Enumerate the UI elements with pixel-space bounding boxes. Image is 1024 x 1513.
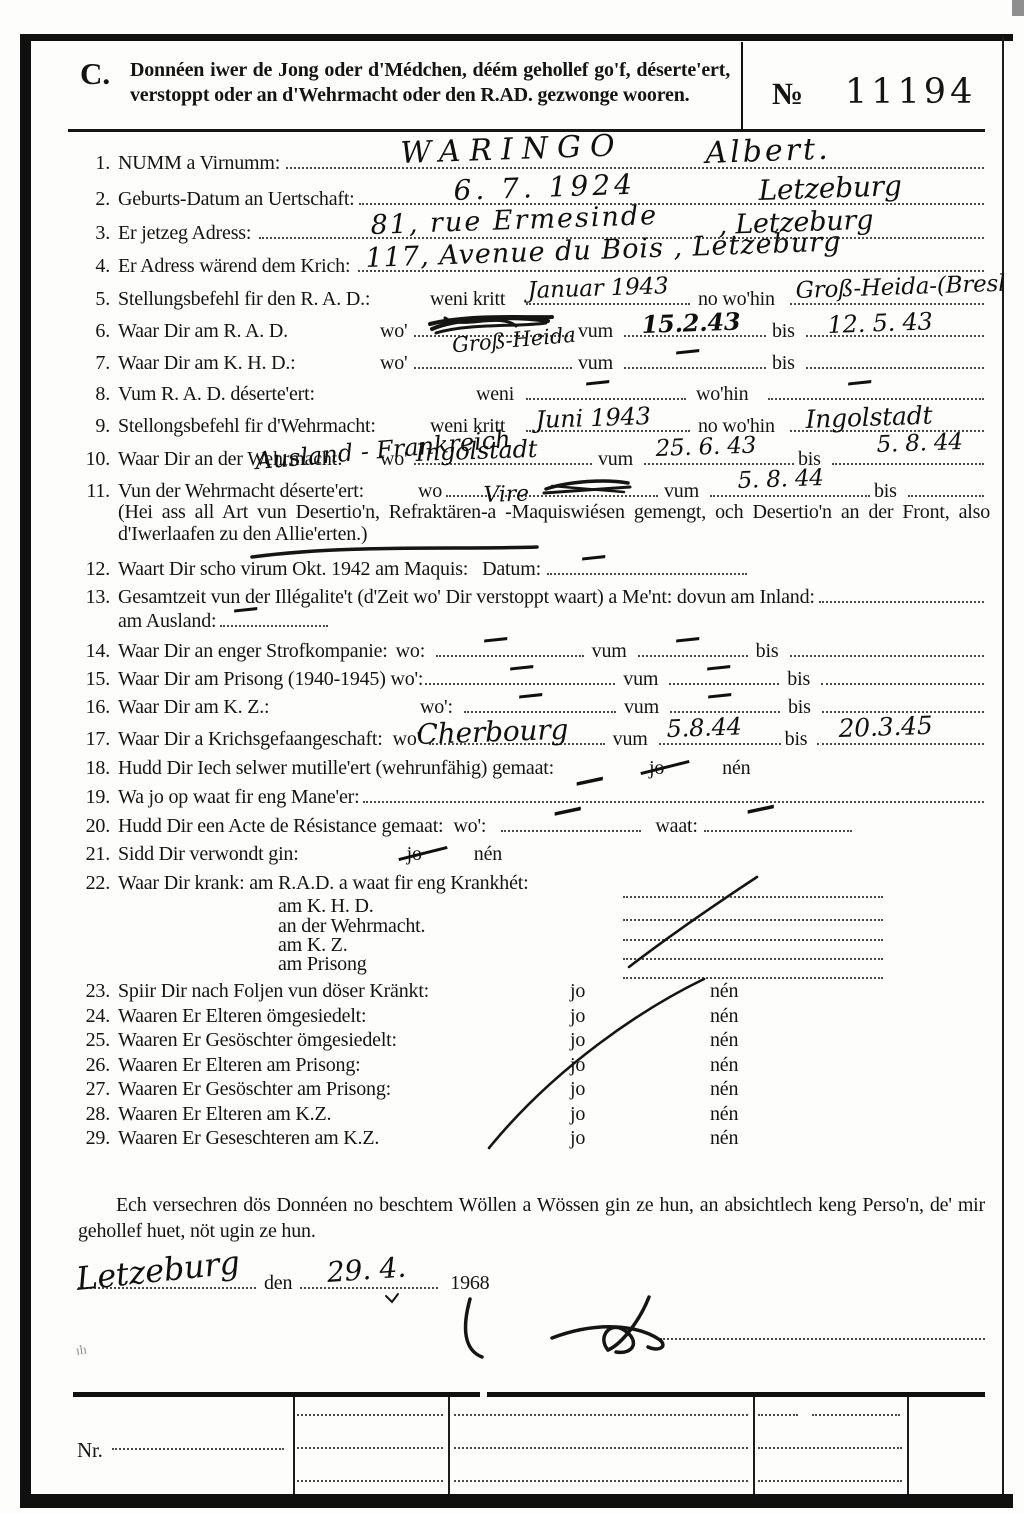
item-number: 29. bbox=[78, 1127, 110, 1150]
dotted-leader: 6. 7. 1924 Letzeburg bbox=[359, 197, 984, 205]
frame-left bbox=[20, 34, 31, 1508]
form-row-23: 23. Spiir Dir nach Foljen vun döser Krän… bbox=[78, 980, 984, 1006]
dotted-leader: 5. 8. 44 bbox=[832, 457, 984, 465]
handwritten-dash: — bbox=[673, 336, 701, 365]
table-divider bbox=[907, 1397, 909, 1494]
handwritten-pow-to: 20.3.45 bbox=[838, 713, 933, 741]
item-number: 10. bbox=[78, 448, 110, 471]
date-line: Letzeburg den 29. 4. 1968 bbox=[78, 1272, 984, 1306]
handwritten-dash: — bbox=[579, 542, 607, 571]
scan-corner-mark bbox=[1012, 0, 1024, 16]
dotted-leader bbox=[819, 595, 984, 603]
handwritten-dash: — bbox=[742, 790, 777, 826]
sub-label-vum: vum bbox=[598, 448, 644, 471]
dotted-leader bbox=[414, 361, 572, 369]
handwritten-pow-place: Cherbourg bbox=[416, 716, 569, 749]
declaration-paragraph: Ech versechren dös Donnéen no beschtem W… bbox=[78, 1192, 985, 1244]
form-row-27: 27. Waaren Er Gesöschter am Prisong: jo … bbox=[78, 1078, 984, 1104]
sub-label-wo: wo': bbox=[453, 815, 501, 838]
form-row-10: 10. Waar Dir an der Wehrmacht: wo' Ingol… bbox=[78, 448, 984, 474]
option-jo: jo bbox=[570, 1029, 600, 1052]
sub-label-bis: bis bbox=[772, 352, 806, 375]
dotted-leader bbox=[908, 489, 984, 497]
dotted-leader: — bbox=[768, 392, 984, 400]
handwritten-name: WARINGO bbox=[400, 131, 624, 169]
item-number: 19. bbox=[78, 786, 110, 809]
handwritten-dash: — bbox=[583, 367, 611, 396]
frame-bottom bbox=[20, 1494, 1013, 1508]
dotted-leader: — bbox=[501, 824, 641, 832]
handwritten-dash: — bbox=[705, 680, 733, 709]
dotted-leader: — bbox=[670, 705, 780, 713]
item-label: Waar Dir krank: am R.A.D. a waat fir eng… bbox=[118, 872, 528, 895]
item-number: 4. bbox=[78, 255, 110, 278]
option-jo: jo bbox=[570, 1054, 600, 1077]
option-nen: nén bbox=[710, 980, 738, 1003]
table-divider bbox=[448, 1397, 450, 1494]
sub-label-bis: bis bbox=[756, 640, 790, 663]
item-label: Er Adress wärend dem Krich: bbox=[118, 255, 350, 278]
dotted-leader: 117, Avenue du Bois , Letzeburg bbox=[358, 264, 984, 272]
dotted-leader: Cherbourg bbox=[429, 737, 605, 745]
dotted-leader bbox=[806, 361, 984, 369]
item-number: 17. bbox=[78, 728, 110, 751]
item-number: 2. bbox=[78, 188, 110, 211]
form-row-25: 25. Waaren Er Gesöschter ömgesiedelt: jo… bbox=[78, 1029, 984, 1055]
option-jo: jo bbox=[570, 1005, 600, 1028]
dotted-leader: Groß-Heida-(Bresl bbox=[790, 297, 984, 305]
sub-label-bis: bis bbox=[787, 668, 821, 691]
dotted-leader: 25. 6. 43 bbox=[644, 457, 794, 465]
table-top-rule-right bbox=[487, 1392, 985, 1397]
option-nen: nén bbox=[710, 1054, 738, 1077]
option-jo: jo bbox=[570, 1127, 600, 1150]
item-label: Geburts-Datum an Uertschaft: bbox=[118, 188, 355, 211]
handwritten-birthplace: Letzeburg bbox=[758, 172, 902, 205]
sub-label-vum: vum bbox=[664, 480, 710, 503]
sub-label-wo: wo' bbox=[380, 352, 414, 375]
frame-top bbox=[20, 34, 1013, 41]
sub-label: am Prisong bbox=[278, 953, 367, 976]
item-number: 11. bbox=[78, 480, 110, 503]
cell-dotted-line bbox=[812, 1408, 900, 1416]
sub-label-wo: wo: bbox=[396, 640, 436, 663]
handwritten-place: Letzeburg bbox=[75, 1246, 241, 1295]
sub-label-wo: wo bbox=[418, 480, 446, 503]
item-number: 25. bbox=[78, 1029, 110, 1052]
item-label: Waaren Er Elteren am Prisong: bbox=[118, 1054, 570, 1077]
item-label: Waar Dir a Krichsgefaangeschaft: bbox=[118, 728, 383, 751]
option-nen: nén bbox=[710, 1127, 738, 1150]
handwritten-wehrmacht-destination: Ingolstadt bbox=[805, 403, 933, 432]
dotted-leader: — bbox=[220, 619, 328, 627]
dotted-leader: 12. 5. 43 bbox=[806, 329, 984, 337]
handwritten-date: 29. 4. bbox=[326, 1254, 407, 1287]
table-divider bbox=[753, 1397, 755, 1494]
item-label: Waaren Er Elteren ömgesiedelt: bbox=[118, 1005, 570, 1028]
sub-label-vum: vum bbox=[623, 668, 669, 691]
item-label: Waar Dir am Prisong (1940-1945) wo': bbox=[118, 668, 423, 691]
item-label: Hudd Dir een Acte de Résistance gemaat: bbox=[118, 815, 443, 838]
dotted-leader: Letzeburg bbox=[78, 1281, 256, 1289]
item-number: 28. bbox=[78, 1103, 110, 1126]
section-letter: C. bbox=[80, 56, 110, 92]
sub-label-datum: Datum: bbox=[482, 558, 541, 581]
handwritten-dash: — bbox=[845, 367, 873, 396]
item-11-note: (Hei ass all Art vun Desertio'n, Refrakt… bbox=[118, 502, 990, 545]
item-label: Vun der Wehrmacht déserte'ert: bbox=[118, 480, 418, 503]
option-jo: jo bbox=[407, 843, 422, 866]
dotted-leader: — bbox=[526, 392, 686, 400]
item-number: 6. bbox=[78, 320, 110, 343]
handwritten-wehrmacht-call-date: Juni 1943 bbox=[535, 404, 651, 432]
header-description: Donnéen iwer de Jong oder d'Médchen, déé… bbox=[130, 58, 730, 108]
item-label: Waar Dir am K. H. D.: bbox=[118, 352, 380, 375]
item-number: 3. bbox=[78, 222, 110, 245]
cell-dotted-line bbox=[758, 1441, 902, 1449]
date-den-label: den bbox=[264, 1272, 292, 1295]
item-number: 5. bbox=[78, 288, 110, 311]
signature-dotted-line bbox=[660, 1332, 985, 1340]
dotted-leader: 5. 8. 44 bbox=[710, 489, 870, 497]
item-label: Er jetzeg Adress: bbox=[118, 222, 251, 245]
item-label: Waaren Er Elteren am K.Z. bbox=[118, 1103, 570, 1126]
dotted-leader: 5.8.44 bbox=[659, 737, 781, 745]
nr-label: Nr. bbox=[77, 1438, 103, 1463]
dotted-leader: Vire bbox=[446, 489, 658, 497]
cell-dotted-line bbox=[454, 1474, 748, 1482]
option-jo: jo bbox=[649, 757, 664, 780]
option-nen: nén bbox=[710, 1005, 738, 1028]
form-row-13b: am Ausland: — bbox=[78, 610, 984, 636]
item-number: 7. bbox=[78, 352, 110, 375]
form-row-18: 18. Hudd Dir Iech selwer mutille'ert (we… bbox=[78, 757, 984, 783]
nr-dotted-line bbox=[112, 1442, 284, 1450]
table-divider bbox=[293, 1397, 295, 1494]
option-jo: jo bbox=[570, 1078, 600, 1101]
item-number: 20. bbox=[78, 815, 110, 838]
item-label: Waaren Er Gesöschter ömgesiedelt: bbox=[118, 1029, 570, 1052]
handwritten-dash: — bbox=[481, 624, 509, 653]
item-label: Waar Dir am K. Z.: bbox=[118, 696, 420, 719]
option-nen: nén bbox=[710, 1103, 738, 1126]
dotted-leader: — bbox=[464, 705, 616, 713]
sub-label-am-ausland: am Ausland: bbox=[118, 610, 216, 633]
item-number: 12. bbox=[78, 558, 110, 581]
item-number: 14. bbox=[78, 640, 110, 663]
form-row-24: 24. Waaren Er Elteren ömgesiedelt: jo né… bbox=[78, 1005, 984, 1031]
item-label: Spiir Dir nach Foljen vun döser Kränkt: bbox=[118, 980, 570, 1003]
item-number: 9. bbox=[78, 415, 110, 438]
form-row-26: 26. Waaren Er Elteren am Prisong: jo nén bbox=[78, 1054, 984, 1080]
form-row-12: 12. Waart Dir scho virum Okt. 1942 am Ma… bbox=[78, 558, 984, 584]
table-top-rule-left bbox=[73, 1392, 480, 1397]
handwritten-dash: — bbox=[516, 680, 544, 709]
item-label: NUMM a Virnumm: bbox=[118, 152, 280, 175]
header-divider bbox=[741, 42, 743, 132]
dotted-leader bbox=[623, 971, 883, 979]
handwritten-firstname: Albert. bbox=[705, 135, 831, 169]
option-nen: nén bbox=[722, 757, 750, 780]
item-label: Vum R. A. D. déserte'ert: bbox=[118, 383, 476, 406]
handwritten-dash: — bbox=[508, 652, 536, 681]
item-number: 22. bbox=[78, 872, 110, 895]
dotted-leader: — bbox=[638, 649, 748, 657]
sub-label-weni-kritt: weni kritt bbox=[430, 288, 526, 311]
faint-mark: ılı bbox=[75, 1341, 88, 1358]
form-row-19: 19. Wa jo op waat fir eng Mane'er: — bbox=[78, 786, 984, 812]
handwritten-pow-from: 5.8.44 bbox=[666, 714, 742, 741]
form-row-20: 20. Hudd Dir een Acte de Résistance gema… bbox=[78, 815, 984, 841]
option-jo: jo bbox=[570, 1103, 600, 1126]
item-number: 1. bbox=[78, 152, 110, 175]
item-number: 21. bbox=[78, 843, 110, 866]
handwritten-wehrmacht-from: 25. 6. 43 bbox=[655, 435, 756, 461]
item-label: Waart Dir scho virum Okt. 1942 am Maquis… bbox=[118, 558, 468, 581]
sub-label-vum: vum bbox=[613, 728, 659, 751]
form-row-28: 28. Waaren Er Elteren am K.Z. jo nén bbox=[78, 1103, 984, 1129]
sub-label-wohin: wo'hin bbox=[696, 383, 768, 406]
handwritten-rad-from: 15.2.43 bbox=[641, 310, 741, 337]
sub-label-vum: vum bbox=[624, 696, 670, 719]
item-label: Waar Dir am R. A. D. bbox=[118, 320, 380, 343]
handwritten-dash: — bbox=[232, 594, 260, 623]
item-label: Stellongsbefehl fir d'Wehrmacht: bbox=[118, 415, 430, 438]
dotted-leader bbox=[821, 677, 984, 685]
item-number: 24. bbox=[78, 1005, 110, 1028]
option-nen: nén bbox=[710, 1078, 738, 1101]
cell-dotted-line bbox=[297, 1408, 443, 1416]
sub-label-wo: wo' bbox=[380, 320, 414, 343]
sub-label-waat: waat: bbox=[655, 815, 697, 838]
form-row-13: 13. Gesamtzeit vun der Illégalite't (d'Z… bbox=[78, 586, 984, 612]
dotted-leader: 29. 4. bbox=[300, 1281, 438, 1289]
cell-dotted-line bbox=[454, 1408, 748, 1416]
option-nen: nén bbox=[710, 1029, 738, 1052]
item-label: Waar Dir an enger Strofkompanie: bbox=[118, 640, 388, 663]
item-label: Waaren Er Geseschteren am K.Z. bbox=[118, 1127, 570, 1150]
sub-label-vum: vum bbox=[592, 640, 638, 663]
handwritten-birthdate: 6. 7. 1924 bbox=[453, 171, 636, 205]
cell-dotted-line bbox=[297, 1474, 443, 1482]
item-number: 27. bbox=[78, 1078, 110, 1101]
number-sign: № bbox=[772, 76, 803, 112]
handwritten-rad-to: 12. 5. 43 bbox=[827, 309, 933, 337]
dotted-leader: — bbox=[704, 824, 852, 832]
handwritten-desertion-from: 5. 8. 44 bbox=[737, 467, 824, 493]
dotted-leader: 20.3.45 bbox=[817, 737, 984, 745]
form-row-29: 29. Waaren Er Geseschteren am K.Z. jo né… bbox=[78, 1127, 984, 1153]
item-label: Stellungsbefehl fir den R. A. D.: bbox=[118, 288, 430, 311]
item-number: 13. bbox=[78, 586, 110, 609]
sub-label-bis: bis bbox=[785, 728, 817, 751]
handwritten-rad-call-date: Januar 1943 bbox=[527, 275, 669, 303]
handwritten-dash: — bbox=[673, 624, 701, 653]
date-year: 1968 bbox=[450, 1272, 489, 1295]
handwritten-dash: — bbox=[705, 652, 733, 681]
item-label: Sidd Dir verwondt gin: bbox=[118, 843, 299, 866]
item-label: Hudd Dir Iech selwer mutille'ert (wehrun… bbox=[118, 757, 554, 780]
handwritten-wehrmacht-to: 5. 8. 44 bbox=[876, 431, 963, 457]
frame-right bbox=[1002, 36, 1004, 1494]
item-label: Waaren Er Gesöschter am Prisong: bbox=[118, 1078, 570, 1101]
sub-label-vum: vum bbox=[578, 320, 624, 343]
option-nen: nén bbox=[474, 843, 502, 866]
cell-dotted-line bbox=[758, 1474, 902, 1482]
sub-label-weni: weni bbox=[476, 383, 526, 406]
handwritten-rad-destination: Groß-Heida-(Bresl bbox=[795, 273, 1006, 303]
dotted-leader: — bbox=[547, 567, 747, 575]
dotted-leader: — bbox=[363, 795, 984, 803]
item-number: 26. bbox=[78, 1054, 110, 1077]
form-row-17: 17. Waar Dir a Krichsgefaangeschaft: wo'… bbox=[78, 728, 984, 754]
dotted-leader: Januar 1943 bbox=[526, 297, 690, 305]
item-number: 15. bbox=[78, 668, 110, 691]
option-jo: jo bbox=[570, 980, 600, 1003]
item-label: Wa jo op waat fir eng Mane'er: bbox=[118, 786, 359, 809]
item-label: Gesamtzeit vun der Illégalite't (d'Zeit … bbox=[118, 586, 815, 609]
item-number: 8. bbox=[78, 383, 110, 406]
sub-label-bis: bis bbox=[772, 320, 806, 343]
item-number: 16. bbox=[78, 696, 110, 719]
dotted-leader bbox=[790, 649, 984, 657]
scanned-form-page: C. Donnéen iwer de Jong oder d'Médchen, … bbox=[0, 0, 1024, 1513]
cell-dotted-line bbox=[297, 1441, 443, 1449]
dotted-leader: — bbox=[624, 361, 766, 369]
sub-label-bis: bis bbox=[874, 480, 908, 503]
cell-dotted-line bbox=[758, 1408, 798, 1416]
form-row-22-prisong: am Prisong bbox=[78, 953, 984, 979]
cell-dotted-line bbox=[454, 1441, 748, 1449]
sub-label-bis: bis bbox=[788, 696, 822, 719]
form-row-21: 21. Sidd Dir verwondt gin: jo nén bbox=[78, 843, 984, 869]
item-number: 18. bbox=[78, 757, 110, 780]
handwritten-dash: — bbox=[550, 792, 585, 828]
dotted-leader: Juni 1943 bbox=[526, 424, 690, 432]
item-number: 23. bbox=[78, 980, 110, 1003]
form-number: 11194 bbox=[845, 72, 976, 112]
